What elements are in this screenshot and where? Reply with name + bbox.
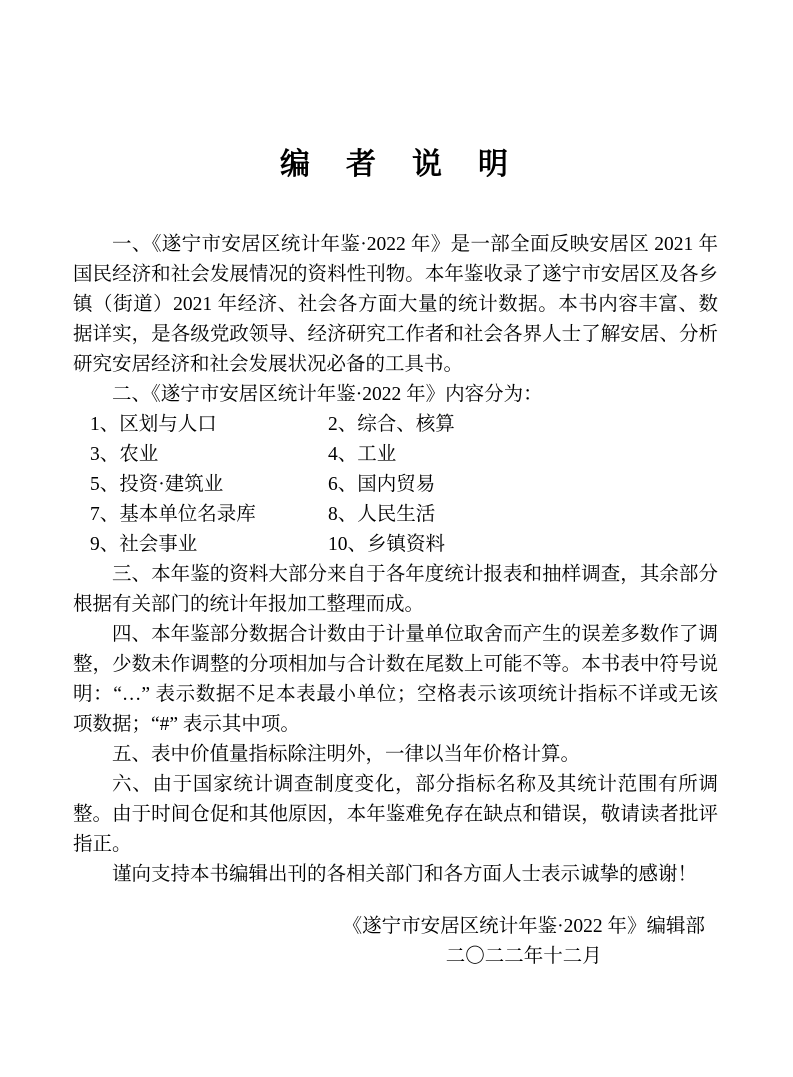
paragraph-adjustments: 六、由于国家统计调查制度变化，部分指标名称及其统计范围有所调整。由于时间仓促和其… — [73, 770, 718, 860]
contents-row: 1、区划与人口 2、综合、核算 — [90, 410, 718, 440]
contents-item: 9、社会事业 — [90, 530, 328, 560]
contents-row: 5、投资·建筑业 6、国内贸易 — [90, 470, 718, 500]
paragraph-sources: 三、本年鉴的资料大部分来自于各年度统计报表和抽样调查，其余部分根据有关部门的统计… — [73, 560, 718, 620]
paragraph-contents-heading: 二、《遂宁市安居区统计年鉴·2022 年》内容分为： — [73, 380, 718, 410]
signature-block: 《遂宁市安居区统计年鉴·2022 年》编辑部 二〇二二年十二月 — [343, 912, 705, 972]
contents-row: 7、基本单位名录库 8、人民生活 — [90, 500, 718, 530]
paragraph-prices: 五、表中价值量指标除注明外，一律以当年价格计算。 — [73, 740, 718, 770]
page-title: 编 者 说 明 — [73, 146, 718, 184]
contents-item: 3、农业 — [90, 440, 328, 470]
paragraph-intro: 一、《遂宁市安居区统计年鉴·2022 年》是一部全面反映安居区 2021 年国民… — [73, 230, 718, 380]
paragraph-thanks: 谨向支持本书编辑出刊的各相关部门和各方面人士表示诚挚的感谢！ — [73, 860, 718, 890]
paragraph-symbols: 四、本年鉴部分数据合计数由于计量单位取舍而产生的误差多数作了调整，少数未作调整的… — [73, 620, 718, 740]
contents-row: 9、社会事业 10、乡镇资料 — [90, 530, 718, 560]
signature-org: 《遂宁市安居区统计年鉴·2022 年》编辑部 — [343, 912, 705, 942]
document-page: 编 者 说 明 一、《遂宁市安居区统计年鉴·2022 年》是一部全面反映安居区 … — [0, 0, 793, 1077]
signature-date: 二〇二二年十二月 — [343, 942, 705, 972]
document-content: 编 者 说 明 一、《遂宁市安居区统计年鉴·2022 年》是一部全面反映安居区 … — [73, 0, 718, 972]
contents-item: 6、国内贸易 — [328, 470, 718, 500]
contents-row: 3、农业 4、工业 — [90, 440, 718, 470]
contents-list: 1、区划与人口 2、综合、核算 3、农业 4、工业 5、投资·建筑业 6、国内贸… — [90, 410, 718, 560]
contents-item: 10、乡镇资料 — [328, 530, 718, 560]
contents-item: 8、人民生活 — [328, 500, 718, 530]
contents-item: 7、基本单位名录库 — [90, 500, 328, 530]
contents-item: 4、工业 — [328, 440, 718, 470]
contents-item: 5、投资·建筑业 — [90, 470, 328, 500]
contents-item: 1、区划与人口 — [90, 410, 328, 440]
contents-item: 2、综合、核算 — [328, 410, 718, 440]
